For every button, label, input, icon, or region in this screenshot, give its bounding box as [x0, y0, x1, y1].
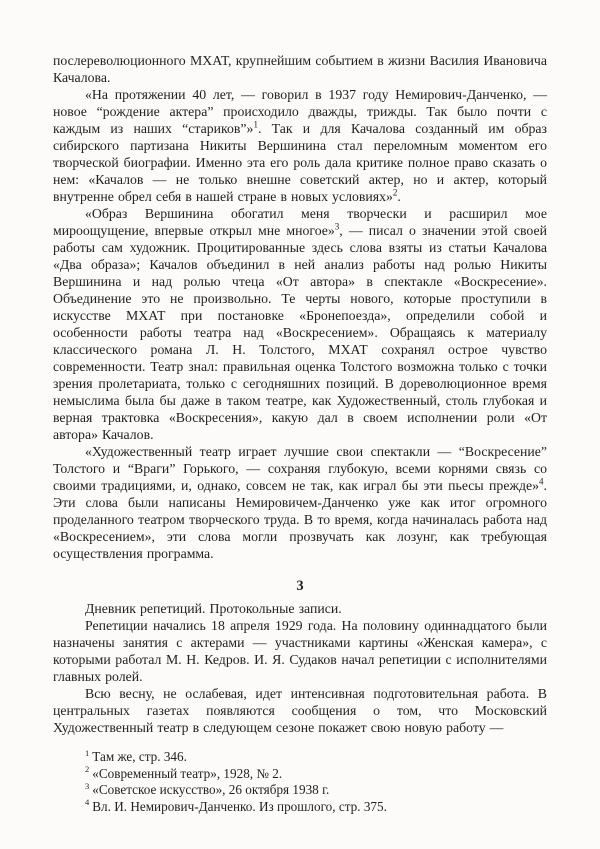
footnote-marker: 3 — [85, 781, 89, 791]
book-page: послереволюционного МХАТ, крупнейшим соб… — [0, 0, 600, 849]
section-number: 3 — [53, 578, 547, 595]
footnote-text: Вл. И. Немирович-Данченко. Из прошлого, … — [92, 799, 387, 814]
footnote-marker: 2 — [85, 764, 89, 774]
footnote-marker: 4 — [85, 797, 89, 807]
paragraph-luchshie-spektakli: «Художественный театр играет лучшие свои… — [53, 443, 547, 562]
footnote-text: Там же, стр. 346. — [92, 749, 187, 764]
footnote-2: 2«Современный театр», 1928, № 2. — [53, 766, 547, 783]
paragraph-obraz-vershinina: «Образ Вершинина обогатил меня творчески… — [53, 205, 547, 443]
paragraph-quote-40-let: «На протяжении 40 лет, — говорил в 1937 … — [53, 86, 547, 205]
paragraph-text: послереволюционного МХАТ, крупнейшим соб… — [53, 53, 547, 85]
paragraph-text: «Художественный театр играет лучшие свои… — [53, 444, 547, 493]
paragraph-text: Дневник репетиций. Протокольные записи. — [85, 601, 342, 616]
paragraph-text: Репетиции начались 18 апреля 1929 года. … — [53, 618, 547, 684]
footnote-4: 4Вл. И. Немирович-Данченко. Из прошлого,… — [53, 799, 547, 816]
paragraph-vsyu-vesnu: Всю весну, не ослабевая, идет интенсивна… — [53, 685, 547, 736]
footnote-marker: 1 — [85, 748, 89, 758]
footnote-text: «Советское искусство», 26 октября 1938 г… — [92, 782, 329, 797]
paragraph-text: , — писал о значении этой своей работы с… — [53, 223, 547, 442]
footnotes: 1Там же, стр. 346. 2«Современный театр»,… — [53, 749, 547, 815]
footnote-3: 3«Советское искусство», 26 октября 1938 … — [53, 782, 547, 799]
paragraph-continuation: послереволюционного МХАТ, крупнейшим соб… — [53, 52, 547, 86]
paragraph-repetitsii: Репетиции начались 18 апреля 1929 года. … — [53, 617, 547, 685]
paragraph-dnevnik: Дневник репетиций. Протокольные записи. — [53, 600, 547, 617]
paragraph-text: . — [397, 189, 400, 204]
footnote-1: 1Там же, стр. 346. — [53, 749, 547, 766]
paragraph-text: Всю весну, не ослабевая, идет интенсивна… — [53, 686, 547, 735]
footnote-text: «Современный театр», 1928, № 2. — [92, 766, 282, 781]
